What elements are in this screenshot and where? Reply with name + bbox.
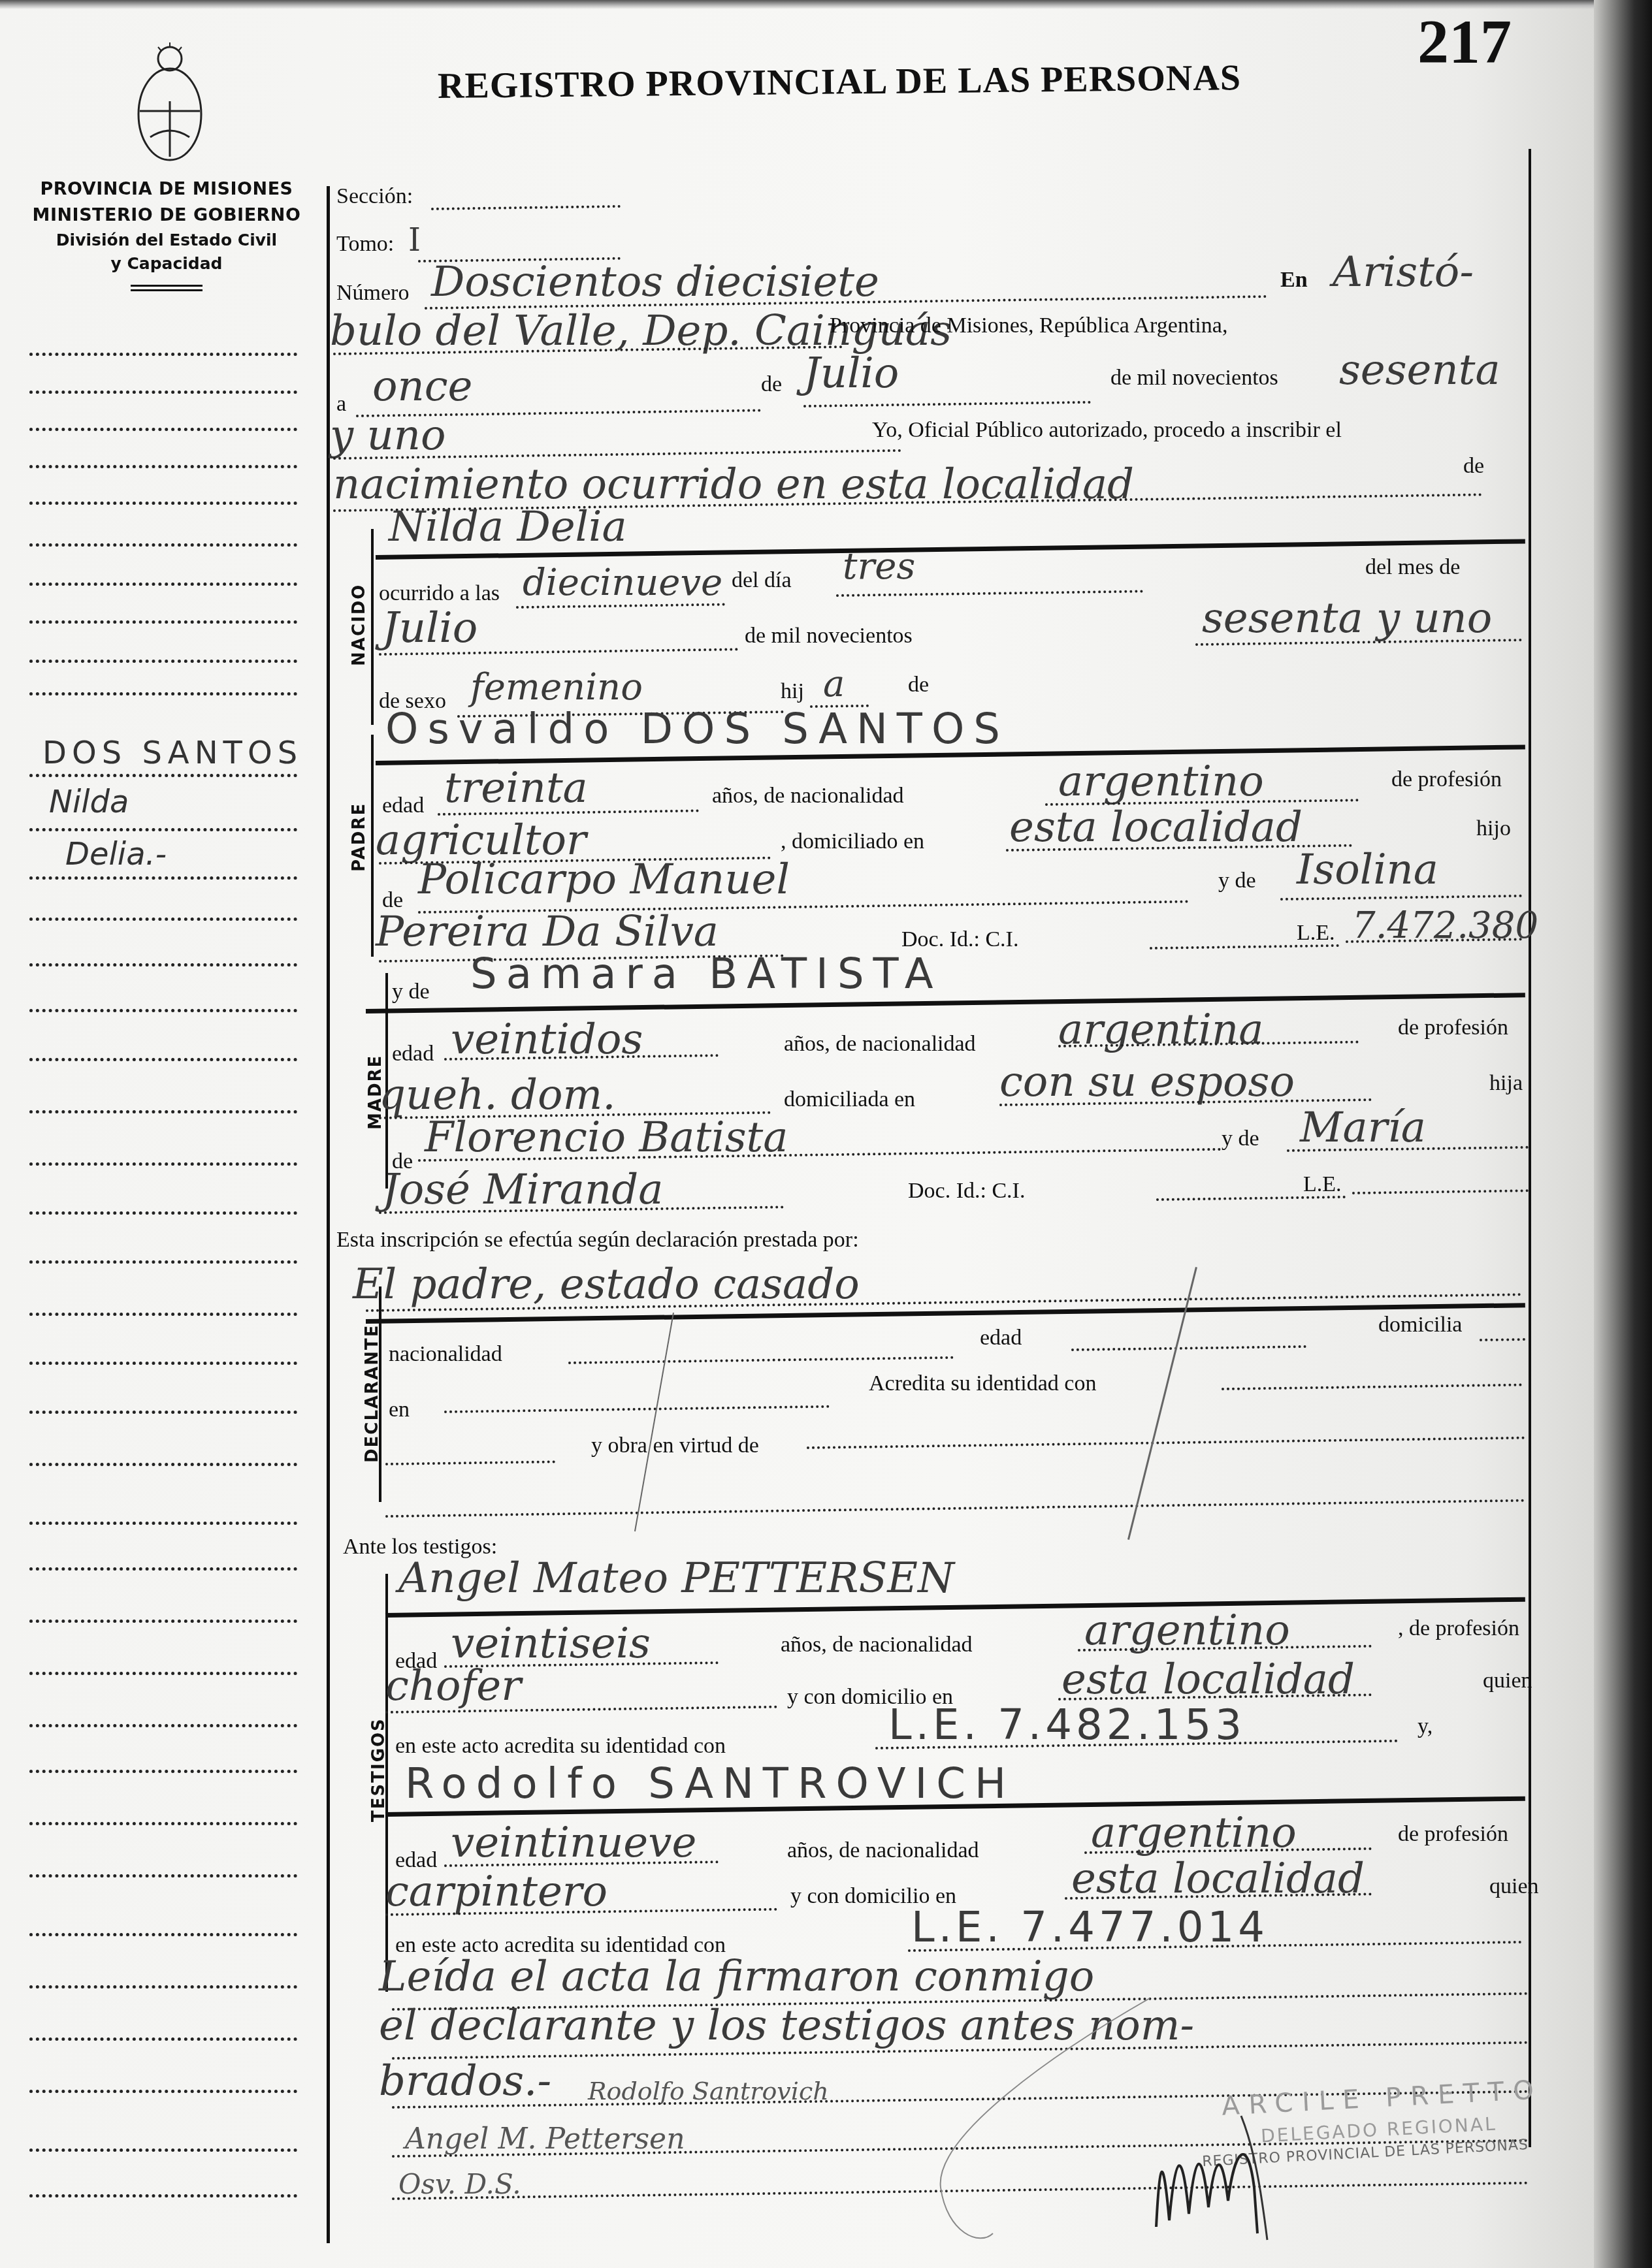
closing-line-3: brados.- — [379, 2057, 551, 2105]
margin-line — [29, 353, 297, 356]
hij-label: hij — [781, 679, 804, 704]
issuing-authority: PROVINCIA DE MISIONES MINISTERIO DE GOBI… — [13, 176, 320, 291]
event-suffix: de — [1463, 454, 1484, 479]
hora-value: diecinueve — [523, 562, 722, 604]
margin-line — [29, 620, 297, 624]
margin-line — [29, 660, 297, 663]
margin-line — [29, 1313, 297, 1316]
place-value-1: Aristó- — [1333, 248, 1474, 296]
madre-doc-label: Doc. Id.: C.I. — [908, 1179, 1025, 1204]
numero-value: Doscientos diecisiete — [431, 258, 879, 306]
padre-domicilio-value: esta localidad — [1009, 803, 1303, 852]
margin-line — [29, 1411, 297, 1414]
margin-line — [29, 465, 297, 468]
madre-profesion-label: de profesión — [1398, 1015, 1508, 1040]
margin-line — [29, 692, 297, 695]
madre-madre-de-value-2: José Miranda — [382, 1166, 663, 1214]
margin-line — [29, 1567, 297, 1571]
nacido-tag: NACIDO — [349, 584, 369, 666]
margin-line — [29, 2037, 297, 2041]
margin-line — [29, 543, 297, 547]
margin-given-name-2: Delia.- — [65, 836, 167, 872]
padre-le-label: L.E. — [1297, 921, 1335, 946]
de-label: de — [761, 372, 782, 397]
declarante-value: El padre, estado casado — [353, 1260, 860, 1309]
padre-madre-de-value-2: Pereira Da Silva — [376, 908, 719, 956]
margin-line — [29, 1522, 297, 1525]
folio-number: 217 — [1417, 5, 1512, 78]
margin-line — [29, 2194, 297, 2197]
official-text: Yo, Oficial Público autorizado, procedo … — [872, 418, 1342, 443]
witness1-profesion-value: chofer — [385, 1662, 521, 1710]
margin-line — [29, 1463, 297, 1466]
hij-value: a — [823, 663, 845, 705]
witness1-signature: Angel M. Pettersen — [405, 2122, 685, 2156]
mes-label: del mes de — [1365, 555, 1460, 580]
testigos-tag: TESTIGOS — [369, 1717, 389, 1822]
numero-label: Número — [336, 281, 409, 306]
margin-line — [29, 1874, 297, 1877]
madre-y-de-label-2: y de — [1222, 1126, 1259, 1151]
madre-domicilio-value: con su esposo — [999, 1058, 1295, 1106]
declarante-intro: Esta inscripción se efectúa según declar… — [336, 1228, 859, 1253]
witness1-name: Angel Mateo PETTERSEN — [398, 1554, 954, 1603]
nacido-bracket — [371, 529, 374, 725]
ministry-name: MINISTERIO DE GOBIERNO — [13, 202, 320, 229]
declarante-edad-label: edad — [980, 1326, 1022, 1350]
document-title: REGISTRO PROVINCIAL DE LAS PERSONAS — [438, 57, 1242, 107]
margin-line — [29, 918, 297, 921]
declarante-en-label: en — [389, 1398, 410, 1422]
madre-anios-label: años, de nacionalidad — [784, 1032, 976, 1057]
padre-padre-de-value: Policarpo Manuel — [418, 855, 790, 904]
anio-value: sesenta y uno — [1202, 594, 1492, 643]
padre-y-de-label: y de — [1218, 869, 1256, 893]
margin-line — [29, 2148, 297, 2152]
padre-tag: PADRE — [349, 803, 369, 872]
madre-edad-label: edad — [392, 1042, 434, 1066]
witness2-edad-value: veintinueve — [451, 1819, 696, 1867]
padre-anios-label: años, de nacionalidad — [712, 784, 904, 808]
madre-domicilio-label: domiciliada en — [784, 1087, 915, 1112]
left-frame-rule — [327, 186, 330, 2243]
witness1-edad-value: veintiseis — [451, 1620, 651, 1668]
padre-hijo-label: hijo — [1476, 816, 1511, 841]
margin-line — [29, 1110, 297, 1113]
mother-name: Samara BATISTA — [470, 950, 943, 998]
tomo-label: Tomo: — [336, 232, 394, 257]
seccion-label: Sección: — [336, 184, 413, 209]
madre-hija-label: hija — [1489, 1071, 1523, 1096]
margin-line — [29, 1933, 297, 1936]
margin-line — [29, 963, 297, 966]
margin-line — [29, 1009, 297, 1012]
witness2-anios-label: años, de nacionalidad — [787, 1838, 979, 1863]
witness2-quien-label: quien — [1489, 1874, 1539, 1899]
padre-edad-value: treinta — [444, 764, 588, 812]
margin-line — [29, 876, 297, 880]
declarante-domicilia-label: domicilia — [1378, 1313, 1462, 1337]
margin-line — [29, 1058, 297, 1061]
division-name-cont: y Capacidad — [13, 252, 320, 276]
margin-line — [29, 428, 297, 431]
padre-bracket — [371, 735, 374, 957]
witness1-anios-label: años, de nacionalidad — [781, 1633, 973, 1657]
padre-domicilio-label: , domiciliado en — [781, 829, 924, 854]
witness2-profesion-value: carpintero — [385, 1868, 607, 1916]
madre-y-de-label: y de — [392, 980, 430, 1004]
witness2-name: Rodolfo SANTROVICH — [405, 1760, 1015, 1808]
madre-madre-de-value-1: María — [1300, 1104, 1426, 1152]
anio-label: de mil novecientos — [745, 624, 913, 648]
madre-le-label: L.E. — [1303, 1172, 1342, 1197]
declarante-obra-label: y obra en virtud de — [591, 1433, 759, 1458]
province-name: PROVINCIA DE MISIONES — [13, 176, 320, 202]
dia-label: del día — [732, 568, 792, 593]
margin-given-name-1: Nilda — [49, 784, 129, 820]
en-label: En — [1280, 268, 1308, 293]
signature-flourish-icon — [784, 1972, 1176, 2246]
year-prefix: de mil novecientos — [1110, 366, 1278, 391]
right-frame-rule — [1529, 149, 1531, 2147]
margin-line — [29, 502, 297, 505]
year-value-1: sesenta — [1339, 346, 1500, 394]
witness1-quien-label: quien — [1483, 1669, 1532, 1693]
witness1-y-label: y, — [1417, 1714, 1433, 1739]
child-name: Nilda Delia — [389, 503, 627, 551]
dia-value: tres — [843, 545, 915, 588]
double-rule — [131, 285, 202, 291]
day-value: once — [372, 362, 472, 411]
mes-value: Julio — [382, 604, 478, 652]
margin-line — [29, 1672, 297, 1675]
witness1-profesion-label: , de profesión — [1398, 1616, 1519, 1641]
margin-line — [29, 1822, 297, 1825]
margin-line — [29, 1620, 297, 1623]
padre-edad-label: edad — [382, 793, 424, 818]
declarante-tag: DECLARANTE — [363, 1324, 382, 1463]
declarante-nacionalidad-label: nacionalidad — [389, 1342, 502, 1367]
hora-label: ocurrido a las — [379, 581, 500, 606]
witness1-acredita-label: en este acto acredita su identidad con — [395, 1734, 726, 1759]
padre-profesion-label: de profesión — [1391, 767, 1502, 792]
margin-line — [29, 828, 297, 831]
month-value: Julio — [803, 349, 899, 398]
margin-line — [29, 2090, 297, 2093]
margin-surname: DOS SANTOS — [42, 735, 302, 771]
padre-nacionalidad-value: argentino — [1058, 758, 1264, 806]
division-name: División del Estado Civil — [13, 229, 320, 252]
declarante-acredita-label: Acredita su identidad con — [869, 1371, 1096, 1396]
margin-line — [29, 1724, 297, 1727]
sexo-value: femenino — [470, 666, 643, 709]
year-value-2: y uno — [330, 411, 445, 460]
madre-profesion-value: queh. dom. — [379, 1071, 616, 1119]
province-text: Provincia de Misiones, República Argenti… — [830, 313, 1227, 338]
witness2-profesion-label: de profesión — [1398, 1822, 1508, 1847]
padre-madre-de-value-1: Isolina — [1297, 846, 1438, 894]
margin-line — [29, 1770, 297, 1773]
father-name: Osvaldo DOS SANTOS — [385, 705, 1009, 754]
margin-line — [29, 774, 297, 777]
coat-of-arms-icon — [131, 39, 209, 170]
margin-line — [29, 1362, 297, 1365]
nacido-de-label: de — [908, 673, 929, 697]
margin-line — [29, 1162, 297, 1166]
padre-doc-label: Doc. Id.: C.I. — [901, 927, 1018, 952]
margin-line — [29, 1985, 297, 1988]
scan-edge-shadow — [0, 0, 1594, 9]
margin-line — [29, 1211, 297, 1215]
margin-line — [29, 583, 297, 586]
margin-line — [29, 1260, 297, 1264]
book-binding-edge — [1594, 0, 1652, 2268]
margin-line — [29, 391, 297, 394]
tomo-value: I — [408, 222, 421, 259]
